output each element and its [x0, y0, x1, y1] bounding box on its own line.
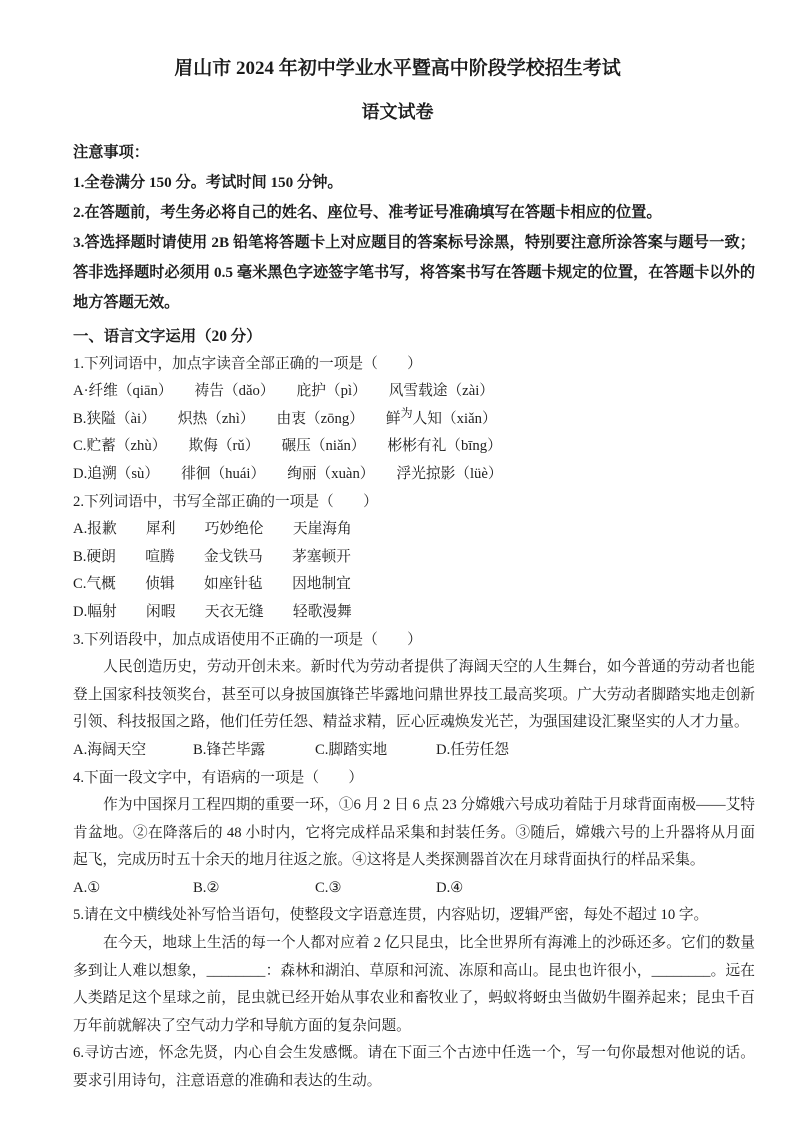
- question-2-option-c: C.气概 侦辑 如座针毡 因地制宜: [73, 571, 755, 599]
- notice-heading: 注意事项：: [73, 138, 755, 168]
- question-1-option-b-post: 人知（xiǎn）: [413, 411, 497, 427]
- notice-section: 注意事项： 1.全卷满分 150 分。考试时间 150 分钟。 2.在答题前，考…: [73, 138, 755, 318]
- question-2-stem: 2.下列词语中，书写全部正确的一项是（ ）: [73, 489, 755, 517]
- question-1-option-b: B.狭隘（ài） 炽热（zhì） 由衷（zōng） 鲜为人知（xiǎn）: [73, 406, 755, 434]
- exam-paper-page: 眉山市 2024 年初中学业水平暨高中阶段学校招生考试 语文试卷 注意事项： 1…: [0, 0, 795, 1125]
- question-1-option-a: A·纤维（qiān） 祷告（dǎo） 庇护（pì） 风雪载途（zài）: [73, 378, 755, 406]
- question-3: 3.下列语段中，加点成语使用不正确的一项是（ ） 人民创造历史，劳动开创未来。新…: [73, 627, 755, 765]
- question-4-passage: 作为中国探月工程四期的重要一环，①6 月 2 日 6 点 23 分嫦娥六号成功着…: [73, 792, 755, 875]
- question-4-options: A.① B.② C.③ D.④: [73, 875, 755, 903]
- exam-body: 注意事项： 1.全卷满分 150 分。考试时间 150 分钟。 2.在答题前，考…: [73, 138, 755, 1096]
- question-3-option-a: A.海阔天空: [73, 737, 193, 765]
- question-4-stem: 4.下面一段文字中，有语病的一项是（ ）: [73, 765, 755, 793]
- question-4-option-a: A.①: [73, 875, 193, 903]
- exam-subject-title: 语文试卷: [0, 99, 795, 125]
- question-2: 2.下列词语中，书写全部正确的一项是（ ） A.报歉 犀利 巧妙绝伦 天崖海角 …: [73, 489, 755, 627]
- question-3-option-c: C.脚踏实地: [315, 737, 436, 765]
- question-1-option-b-superscript: 为: [401, 406, 413, 420]
- notice-item-3: 3.答选择题时请使用 2B 铅笔将答题卡上对应题目的答案标号涂黑，特别要注意所涂…: [73, 228, 755, 318]
- question-4-option-b: B.②: [193, 875, 315, 903]
- question-5: 5.请在文中横线处补写恰当语句，使整段文字语意连贯，内容贴切，逻辑严密，每处不超…: [73, 902, 755, 1040]
- question-1-option-c: C.贮蓄（zhù） 欺侮（rǔ） 碾压（niǎn） 彬彬有礼（bīng）: [73, 433, 755, 461]
- question-4-option-d: D.④: [436, 875, 755, 903]
- question-3-stem: 3.下列语段中，加点成语使用不正确的一项是（ ）: [73, 627, 755, 655]
- question-6-stem: 6.寻访古迹，怀念先贤，内心自会生发感慨。请在下面三个古迹中任选一个，写一句你最…: [73, 1040, 755, 1095]
- question-4: 4.下面一段文字中，有语病的一项是（ ） 作为中国探月工程四期的重要一环，①6 …: [73, 765, 755, 903]
- question-1-option-d: D.追溯（sù） 徘徊（huái） 绚丽（xuàn） 浮光掠影（lüè）: [73, 461, 755, 489]
- question-3-options: A.海阔天空 B.锋芒毕露 C.脚踏实地 D.任劳任怨: [73, 737, 755, 765]
- question-5-stem: 5.请在文中横线处补写恰当语句，使整段文字语意连贯，内容贴切，逻辑严密，每处不超…: [73, 902, 755, 930]
- question-2-option-b: B.硬朗 喧腾 金戈铁马 茅塞顿开: [73, 544, 755, 572]
- question-6: 6.寻访古迹，怀念先贤，内心自会生发感慨。请在下面三个古迹中任选一个，写一句你最…: [73, 1040, 755, 1095]
- notice-item-1: 1.全卷满分 150 分。考试时间 150 分钟。: [73, 168, 755, 198]
- question-1-option-b-pre: B.狭隘（ài） 炽热（zhì） 由衷（zōng） 鲜: [73, 411, 401, 427]
- question-1: 1.下列词语中，加点字读音全部正确的一项是（ ） A·纤维（qiān） 祷告（d…: [73, 351, 755, 489]
- question-3-passage: 人民创造历史，劳动开创未来。新时代为劳动者提供了海阔天空的人生舞台，如今普通的劳…: [73, 654, 755, 737]
- question-3-option-d: D.任劳任怨: [436, 737, 755, 765]
- question-2-option-a: A.报歉 犀利 巧妙绝伦 天崖海角: [73, 516, 755, 544]
- exam-header: 眉山市 2024 年初中学业水平暨高中阶段学校招生考试 语文试卷: [0, 0, 795, 125]
- question-1-stem: 1.下列词语中，加点字读音全部正确的一项是（ ）: [73, 351, 755, 379]
- notice-item-2: 2.在答题前，考生务必将自己的姓名、座位号、准考证号准确填写在答题卡相应的位置。: [73, 198, 755, 228]
- question-3-option-b: B.锋芒毕露: [193, 737, 315, 765]
- exam-title: 眉山市 2024 年初中学业水平暨高中阶段学校招生考试: [0, 56, 795, 82]
- question-4-option-c: C.③: [315, 875, 436, 903]
- question-5-passage: 在今天，地球上生活的每一个人都对应着 2 亿只昆虫，比全世界所有海滩上的沙砾还多…: [73, 930, 755, 1040]
- section-1-heading: 一、语言文字运用（20 分）: [73, 323, 755, 351]
- question-2-option-d: D.幅射 闲暇 天衣无缝 轻歌漫舞: [73, 599, 755, 627]
